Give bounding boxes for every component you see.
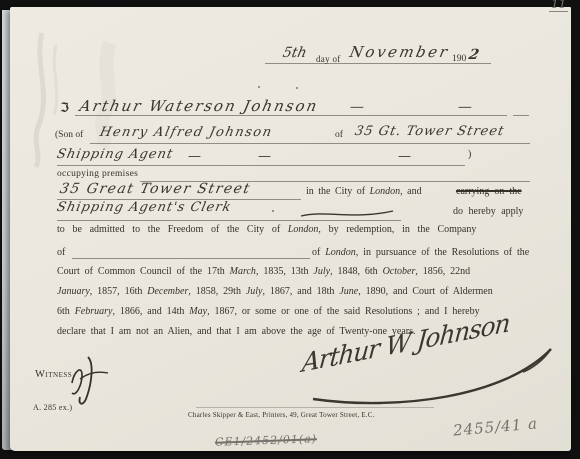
- city-of-london-text: in the City of London, and: [306, 186, 422, 197]
- do-hereby-apply-text: do hereby apply: [453, 206, 523, 217]
- name-underline-tail: [513, 115, 529, 116]
- son-of-underline: [90, 143, 530, 144]
- body-line-2: of London, in pursuance of the Resolutio…: [312, 247, 529, 258]
- trade-dash-flourish: —: [186, 149, 202, 164]
- document-paper: 5th day of November 190 2 ℑ Arthur Water…: [10, 7, 571, 451]
- trade-dash-flourish: —: [396, 149, 412, 164]
- occupation-underline: [57, 220, 401, 221]
- company-underline: [72, 258, 310, 259]
- struck-reference-pencil: CE1/2452/01(a): [215, 432, 317, 449]
- occupying-premises-label: occupying premises: [57, 169, 138, 179]
- archive-reference-pencil: 2455/41 a: [452, 414, 538, 439]
- form-reference: A. 285 ex.): [33, 403, 72, 412]
- close-paren: ): [468, 149, 471, 160]
- father-trade-handwritten: Shipping Agent: [55, 147, 174, 162]
- of-label: of: [335, 130, 343, 140]
- ink-dot: [258, 86, 260, 88]
- applicant-name-handwritten: Arthur Waterson Johnson: [78, 97, 320, 115]
- name-dash-flourish: —: [456, 99, 473, 115]
- trade-dash-flourish: —: [256, 149, 272, 164]
- struck-carrying-on-the: carrying on the: [456, 186, 522, 197]
- date-year-printed: 190: [452, 54, 466, 64]
- ink-dot: [296, 87, 298, 89]
- imprint-rule: [196, 407, 434, 408]
- body-line-2-of: of: [57, 247, 65, 258]
- father-address-handwritten: 35 Gt. Tower Street: [353, 124, 505, 139]
- father-name-handwritten: Henry Alfred Johnson: [98, 125, 274, 140]
- date-day-of-label: day of: [316, 54, 341, 64]
- son-of-label: (Son of: [55, 130, 83, 140]
- body-line-1: to be admitted to the Freedom of the Cit…: [57, 224, 476, 235]
- printed-initial-I: ℑ: [60, 101, 69, 116]
- signature-block: Arthur W Johnson: [293, 327, 568, 412]
- folio-number-pencil: 11: [549, 0, 568, 12]
- premises-handwritten: 35 Great Tower Street: [58, 181, 252, 197]
- date-year-digit-handwritten: 2: [467, 47, 480, 63]
- scanned-document-view: { "palette": { "frame": "#101010", "pape…: [0, 0, 580, 459]
- body-line-5: 6th February, 1866, and 14th May, 1867, …: [57, 306, 480, 317]
- trade-underline: [57, 165, 465, 166]
- body-line-3: Court of Common Council of the 17th Marc…: [57, 266, 470, 277]
- signature-flourish: [293, 327, 568, 412]
- occupation-handwritten: Shipping Agent's Clerk: [55, 200, 233, 215]
- date-day-handwritten: 5th: [281, 45, 308, 61]
- body-line-4: January, 1857, 16th December, 1858, 29th…: [57, 286, 493, 297]
- name-underline: [75, 115, 507, 116]
- witness-initials-signature: [58, 349, 116, 409]
- date-month-handwritten: November: [348, 43, 451, 61]
- name-dash-flourish: —: [348, 99, 365, 115]
- ink-mark: [272, 210, 274, 212]
- dash-swoosh-flourish: [298, 207, 398, 221]
- printer-imprint: Charles Skipper & East, Printers, 49, Gr…: [188, 411, 375, 419]
